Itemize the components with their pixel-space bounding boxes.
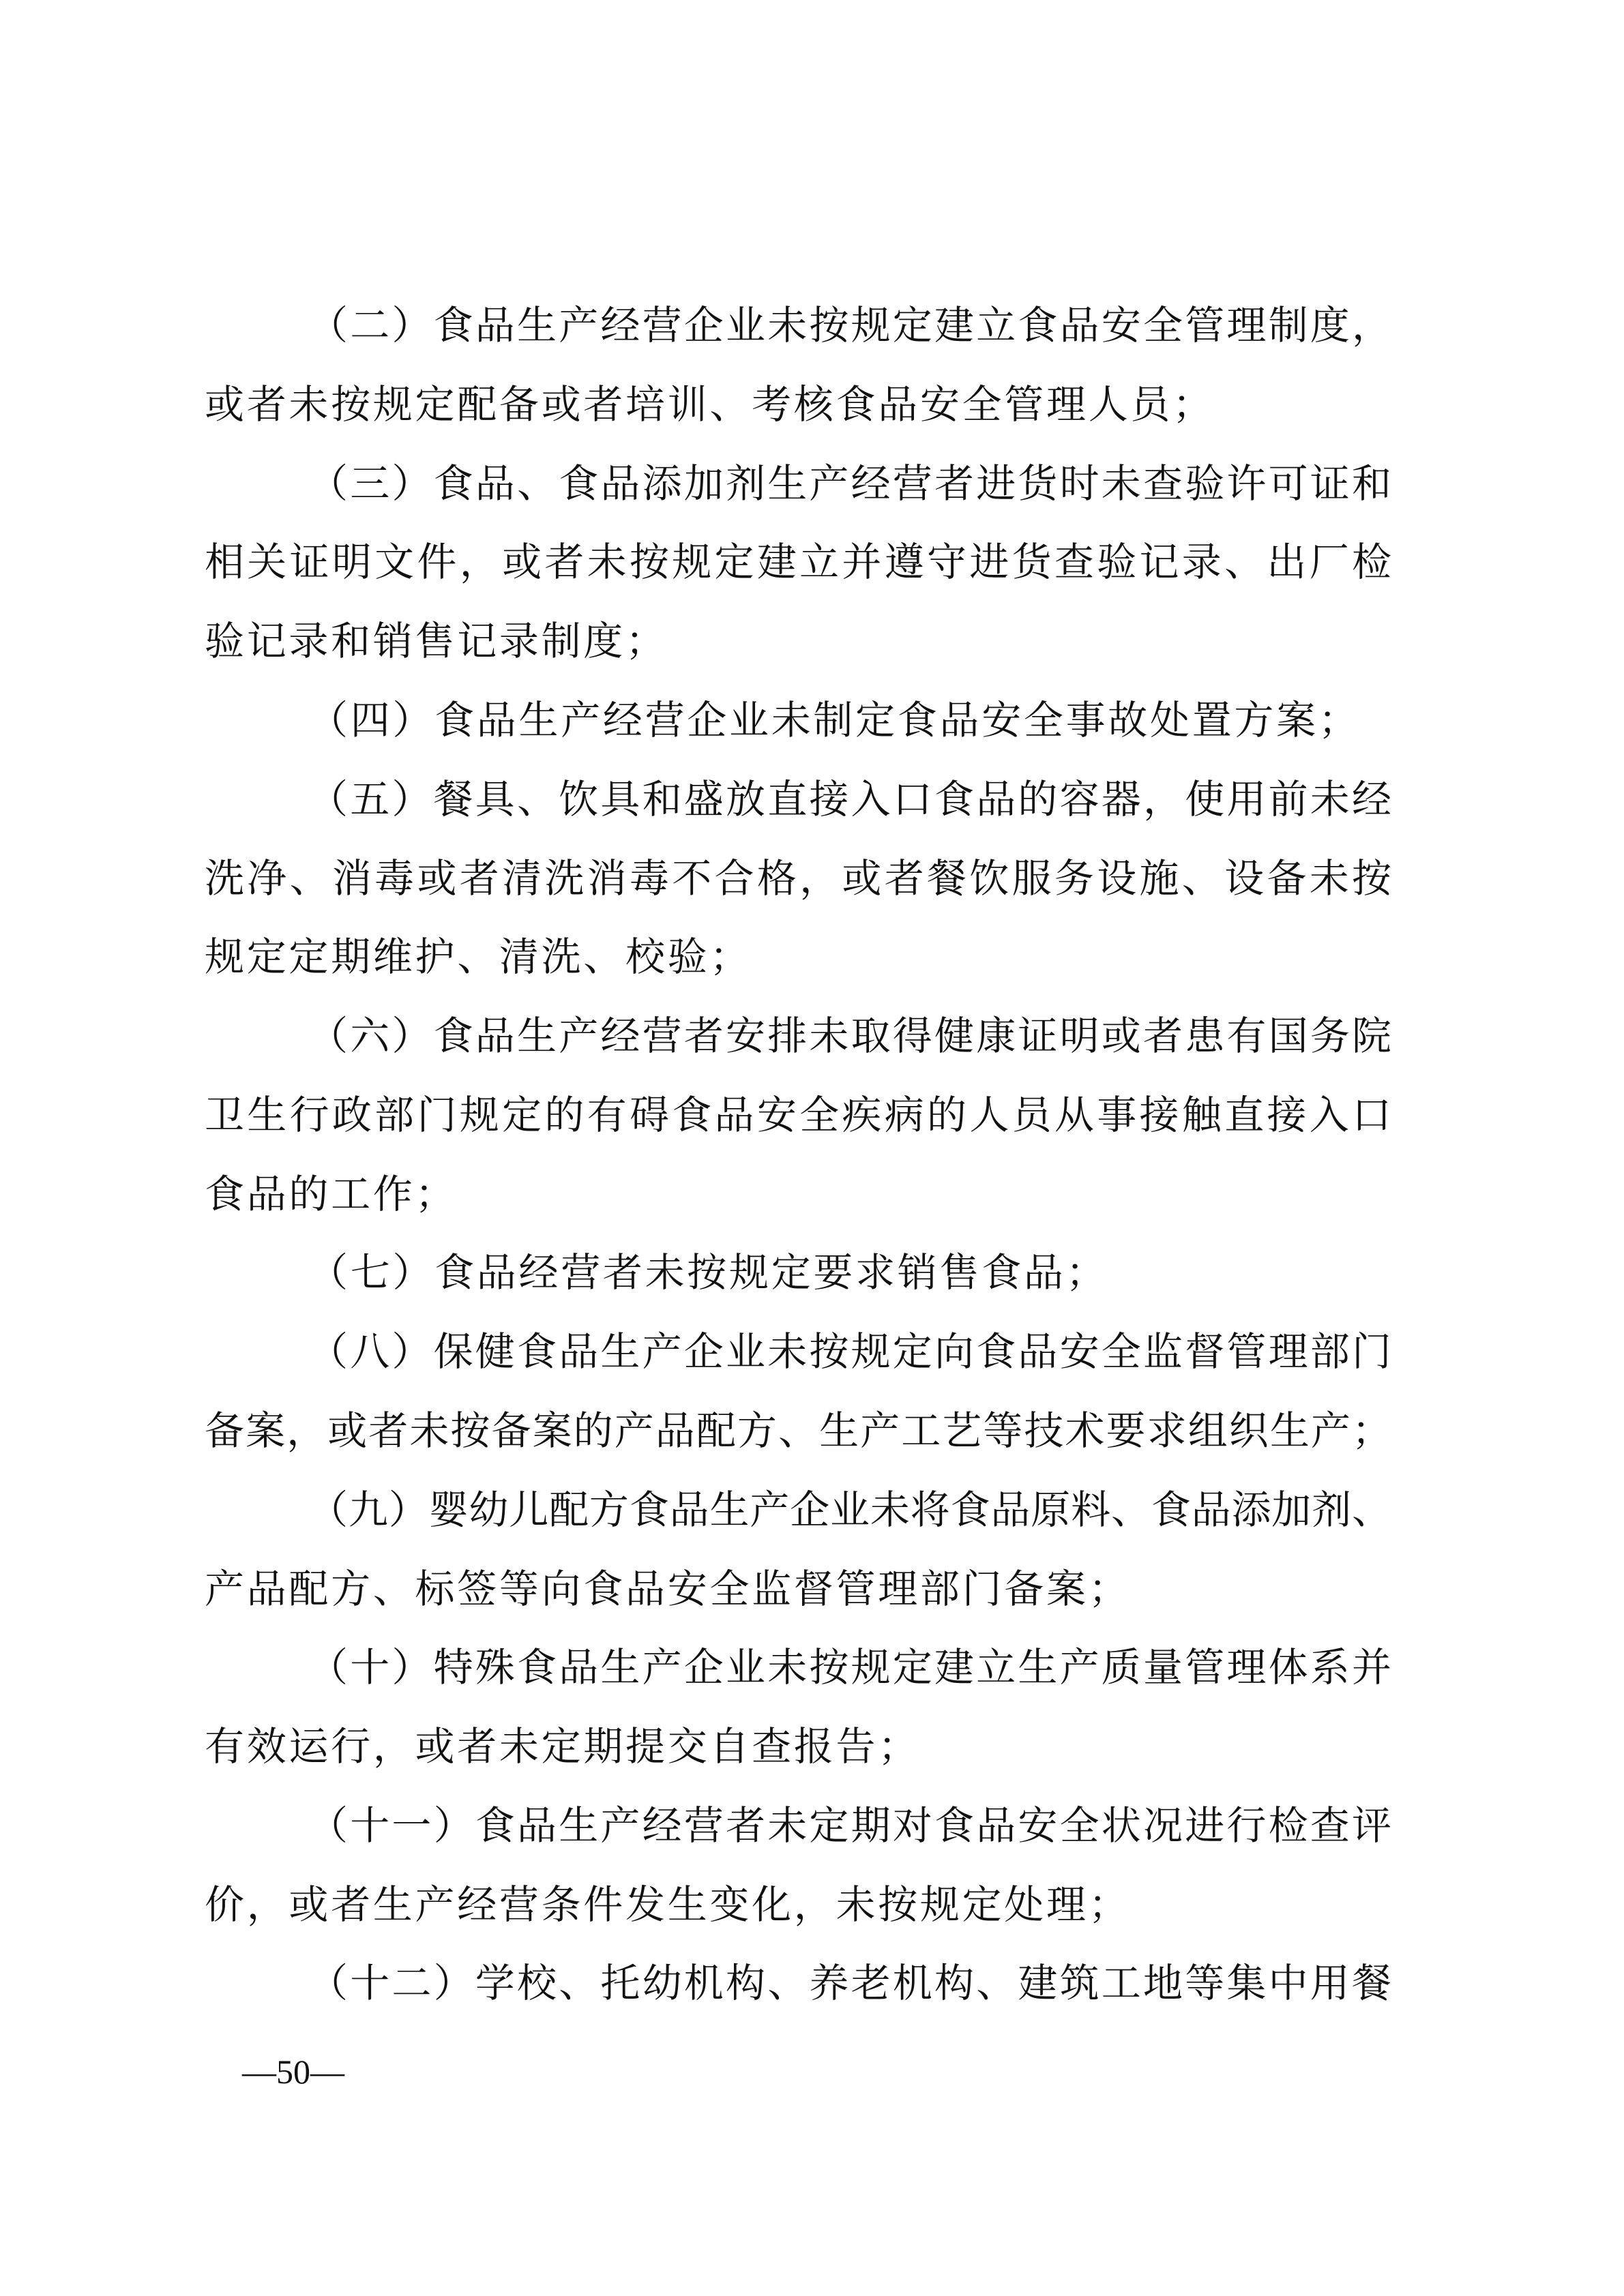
item-10-line-2: 有效运行，或者未定期提交自查报告； bbox=[205, 1719, 1391, 1774]
item-12-line-1: （十二）学校、托幼机构、养老机构、建筑工地等集中用餐 bbox=[308, 1956, 1391, 2010]
item-9-line-2: 产品配方、标签等向食品安全监督管理部门备案； bbox=[205, 1562, 1391, 1616]
item-8-line-2: 备案，或者未按备案的产品配方、生产工艺等技术要求组织生产； bbox=[205, 1403, 1391, 1458]
item-2-line-1: （二）食品生产经营企业未按规定建立食品安全管理制度， bbox=[308, 298, 1391, 353]
item-11-line-1: （十一）食品生产经营者未定期对食品安全状况进行检查评 bbox=[308, 1798, 1391, 1853]
item-6-line-1: （六）食品生产经营者安排未取得健康证明或者患有国务院 bbox=[308, 1009, 1391, 1063]
item-6-line-2: 卫生行政部门规定的有碍食品安全疾病的人员从事接触直接入口 bbox=[205, 1088, 1391, 1142]
item-5-line-1: （五）餐具、饮具和盛放直接入口食品的容器，使用前未经 bbox=[308, 772, 1391, 826]
item-5-line-3: 规定定期维护、清洗、校验； bbox=[205, 929, 1391, 984]
item-11-line-2: 价，或者生产经营条件发生变化，未按规定处理； bbox=[205, 1877, 1391, 1932]
item-3-line-3: 验记录和销售记录制度； bbox=[205, 614, 1391, 668]
item-7-line-1: （七）食品经营者未按规定要求销售食品； bbox=[308, 1245, 1391, 1300]
item-3-line-1: （三）食品、食品添加剂生产经营者进货时未查验许可证和 bbox=[308, 456, 1391, 511]
item-10-line-1: （十）特殊食品生产企业未按规定建立生产质量管理体系并 bbox=[308, 1640, 1391, 1695]
item-8-line-1: （八）保健食品生产企业未按规定向食品安全监督管理部门 bbox=[308, 1324, 1391, 1379]
item-2-line-2: 或者未按规定配备或者培训、考核食品安全管理人员； bbox=[205, 377, 1391, 432]
item-9-line-1: （九）婴幼儿配方食品生产企业未将食品原料、食品添加剂、 bbox=[308, 1482, 1391, 1537]
item-5-line-2: 洗净、消毒或者清洗消毒不合格，或者餐饮服务设施、设备未按 bbox=[205, 851, 1391, 906]
item-4-line-1: （四）食品生产经营企业未制定食品安全事故处置方案； bbox=[308, 693, 1391, 747]
item-3-line-2: 相关证明文件，或者未按规定建立并遵守进货查验记录、出厂检 bbox=[205, 535, 1391, 589]
document-page: （二）食品生产经营企业未按规定建立食品安全管理制度， 或者未按规定配备或者培训、… bbox=[0, 0, 1624, 2296]
item-6-line-3: 食品的工作； bbox=[205, 1167, 1391, 1221]
page-number: —50— bbox=[242, 2053, 344, 2091]
